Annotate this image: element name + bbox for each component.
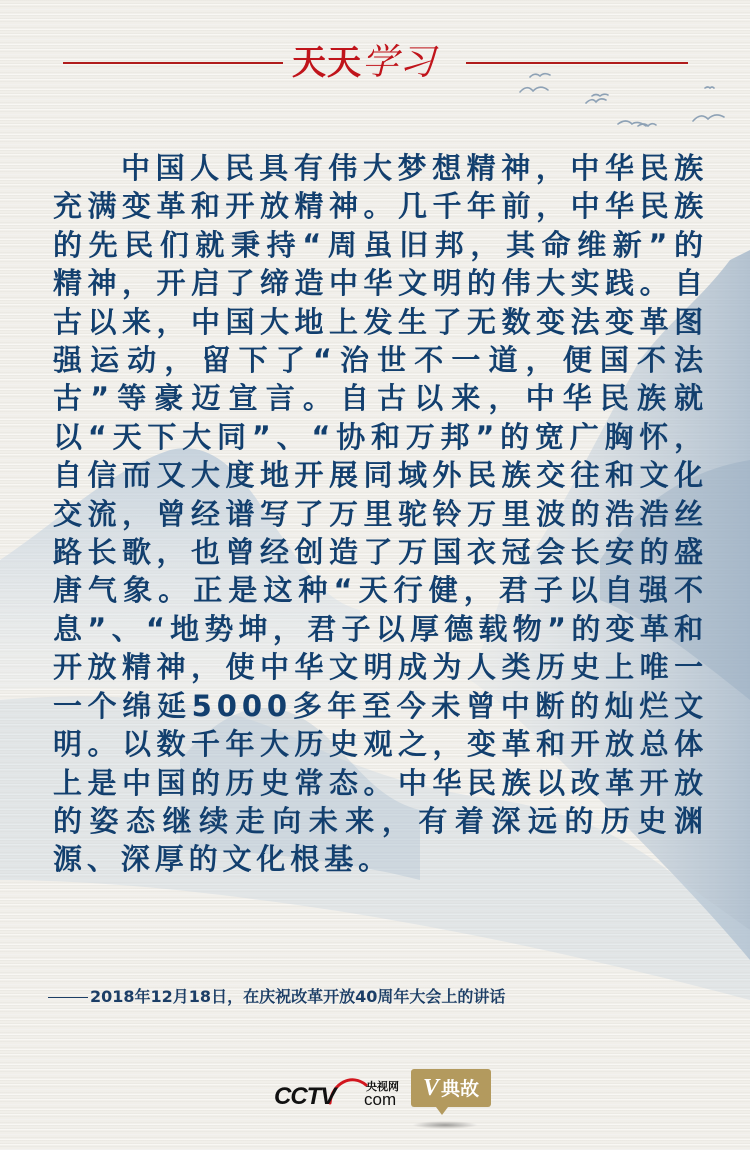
header-title-script: 学习 xyxy=(362,42,436,83)
badge-shadow xyxy=(412,1121,478,1129)
header-rule-right xyxy=(466,62,688,64)
article-body: 中国人民具有伟大梦想精神，中华民族充满变革和开放精神。几千年前，中华民族的先民们… xyxy=(53,149,708,879)
header-title-regular: 天天 xyxy=(292,43,362,83)
source-attribution: 2018年12月18日，在庆祝改革开放40周年大会上的讲话 xyxy=(48,985,708,1009)
badge-speech-tail-icon xyxy=(436,1107,448,1115)
cctv-logo: CCTV 央视网 com xyxy=(274,1073,404,1113)
article-paragraph: 中国人民具有伟大梦想精神，中华民族充满变革和开放精神。几千年前，中华民族的先民们… xyxy=(53,149,708,879)
attribution-text: 2018年12月18日，在庆祝改革开放40周年大会上的讲话 xyxy=(90,987,505,1006)
badge-v-letter: V xyxy=(423,1075,439,1101)
header-title: 天天学习 xyxy=(292,40,462,86)
cctv-com-label: com xyxy=(364,1090,396,1110)
badge-label: 典故 xyxy=(441,1078,479,1100)
cctv-wordmark: CCTV xyxy=(274,1083,335,1111)
em-dash xyxy=(48,997,88,998)
footer-logos: CCTV 央视网 com V典故 xyxy=(270,1065,500,1140)
page-header: 天天学习 xyxy=(0,40,750,90)
header-rule-left xyxy=(63,62,283,64)
v-diangu-badge: V典故 xyxy=(411,1069,491,1107)
